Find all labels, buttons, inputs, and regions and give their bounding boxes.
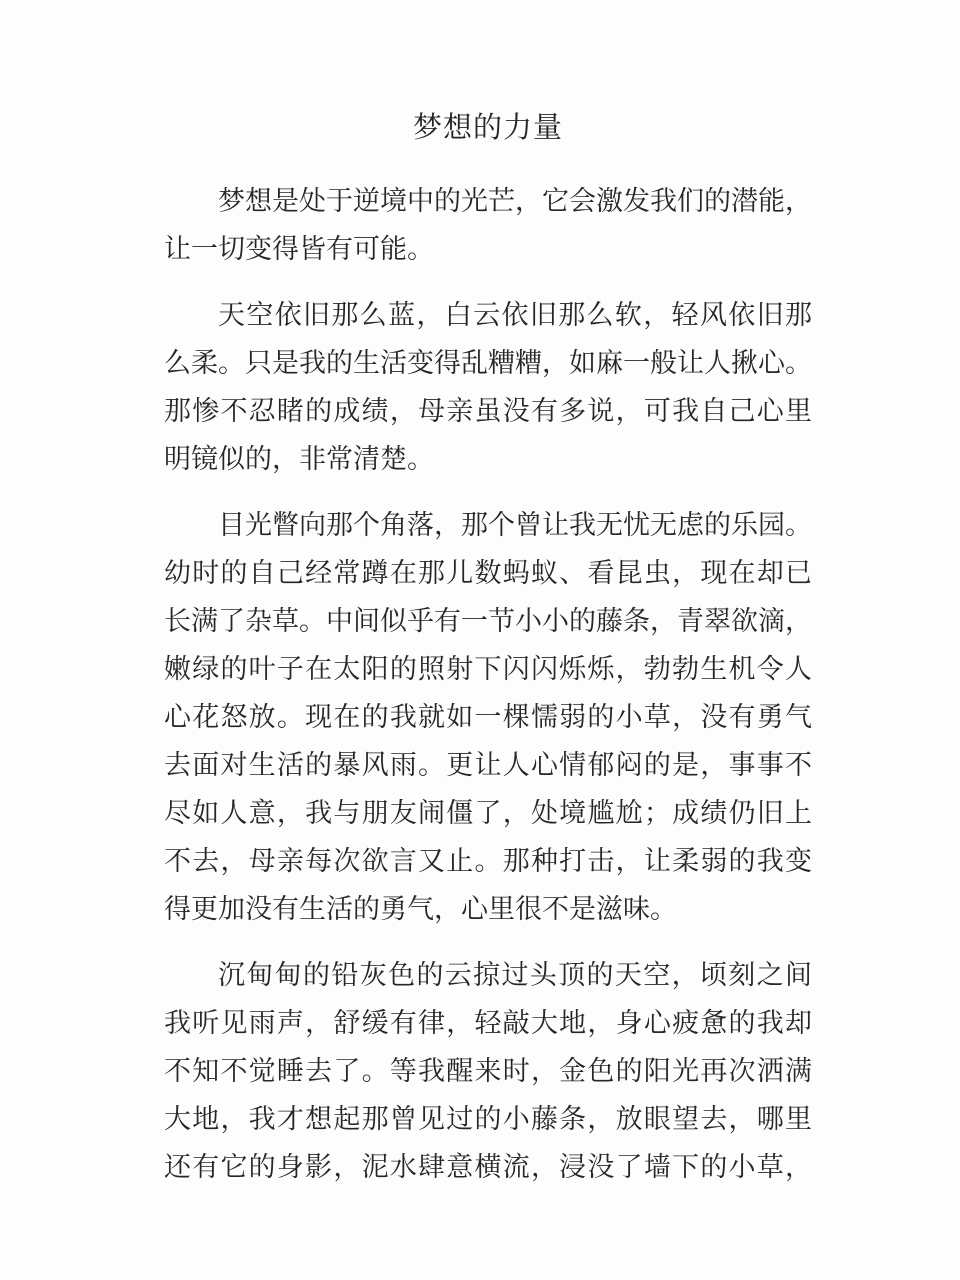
essay-line: 明镜似的，非常清楚。 bbox=[164, 435, 812, 483]
essay-line: 幼时的自己经常蹲在那儿数蚂蚁、看昆虫，现在却已 bbox=[164, 549, 812, 597]
essay-line: 梦想是处于逆境中的光芒，它会激发我们的潜能， bbox=[164, 177, 812, 225]
essay-line: 心花怒放。现在的我就如一棵懦弱的小草，没有勇气 bbox=[164, 693, 812, 741]
essay-line: 沉甸甸的铅灰色的云掠过头顶的天空，顷刻之间 bbox=[164, 951, 812, 999]
essay-line: 么柔。只是我的生活变得乱糟糟，如麻一般让人揪心。 bbox=[164, 339, 812, 387]
essay-line: 那惨不忍睹的成绩，母亲虽没有多说，可我自己心里 bbox=[164, 387, 812, 435]
essay-line: 大地，我才想起那曾见过的小藤条，放眼望去，哪里 bbox=[164, 1095, 812, 1143]
essay-line: 尽如人意，我与朋友闹僵了，处境尴尬；成绩仍旧上 bbox=[164, 789, 812, 837]
essay-line: 我听见雨声，舒缓有律，轻敲大地，身心疲惫的我却 bbox=[164, 999, 812, 1047]
essay-page: 梦想的力量 梦想是处于逆境中的光芒，它会激发我们的潜能， 让一切变得皆有可能。 … bbox=[0, 0, 960, 1280]
essay-line: 不去，母亲每次欲言又止。那种打击，让柔弱的我变 bbox=[164, 837, 812, 885]
essay-line: 让一切变得皆有可能。 bbox=[164, 225, 812, 273]
essay-line: 还有它的身影，泥水肆意横流，浸没了墙下的小草， bbox=[164, 1143, 812, 1191]
essay-title: 梦想的力量 bbox=[164, 104, 812, 152]
essay-line: 得更加没有生活的勇气，心里很不是滋味。 bbox=[164, 885, 812, 933]
essay-line: 目光瞥向那个角落，那个曾让我无忧无虑的乐园。 bbox=[164, 501, 812, 549]
essay-body: 梦想是处于逆境中的光芒，它会激发我们的潜能， 让一切变得皆有可能。 天空依旧那么… bbox=[164, 177, 812, 1191]
essay-line: 嫩绿的叶子在太阳的照射下闪闪烁烁，勃勃生机令人 bbox=[164, 645, 812, 693]
essay-line: 天空依旧那么蓝，白云依旧那么软，轻风依旧那 bbox=[164, 291, 812, 339]
paragraph-3: 目光瞥向那个角落，那个曾让我无忧无虑的乐园。 幼时的自己经常蹲在那儿数蚂蚁、看昆… bbox=[164, 501, 812, 933]
essay-line: 长满了杂草。中间似乎有一节小小的藤条，青翠欲滴， bbox=[164, 597, 812, 645]
paragraph-4: 沉甸甸的铅灰色的云掠过头顶的天空，顷刻之间 我听见雨声，舒缓有律，轻敲大地，身心… bbox=[164, 951, 812, 1191]
essay-line: 去面对生活的暴风雨。更让人心情郁闷的是，事事不 bbox=[164, 741, 812, 789]
paragraph-1: 梦想是处于逆境中的光芒，它会激发我们的潜能， 让一切变得皆有可能。 bbox=[164, 177, 812, 273]
paragraph-2: 天空依旧那么蓝，白云依旧那么软，轻风依旧那 么柔。只是我的生活变得乱糟糟，如麻一… bbox=[164, 291, 812, 483]
essay-line: 不知不觉睡去了。等我醒来时，金色的阳光再次洒满 bbox=[164, 1047, 812, 1095]
